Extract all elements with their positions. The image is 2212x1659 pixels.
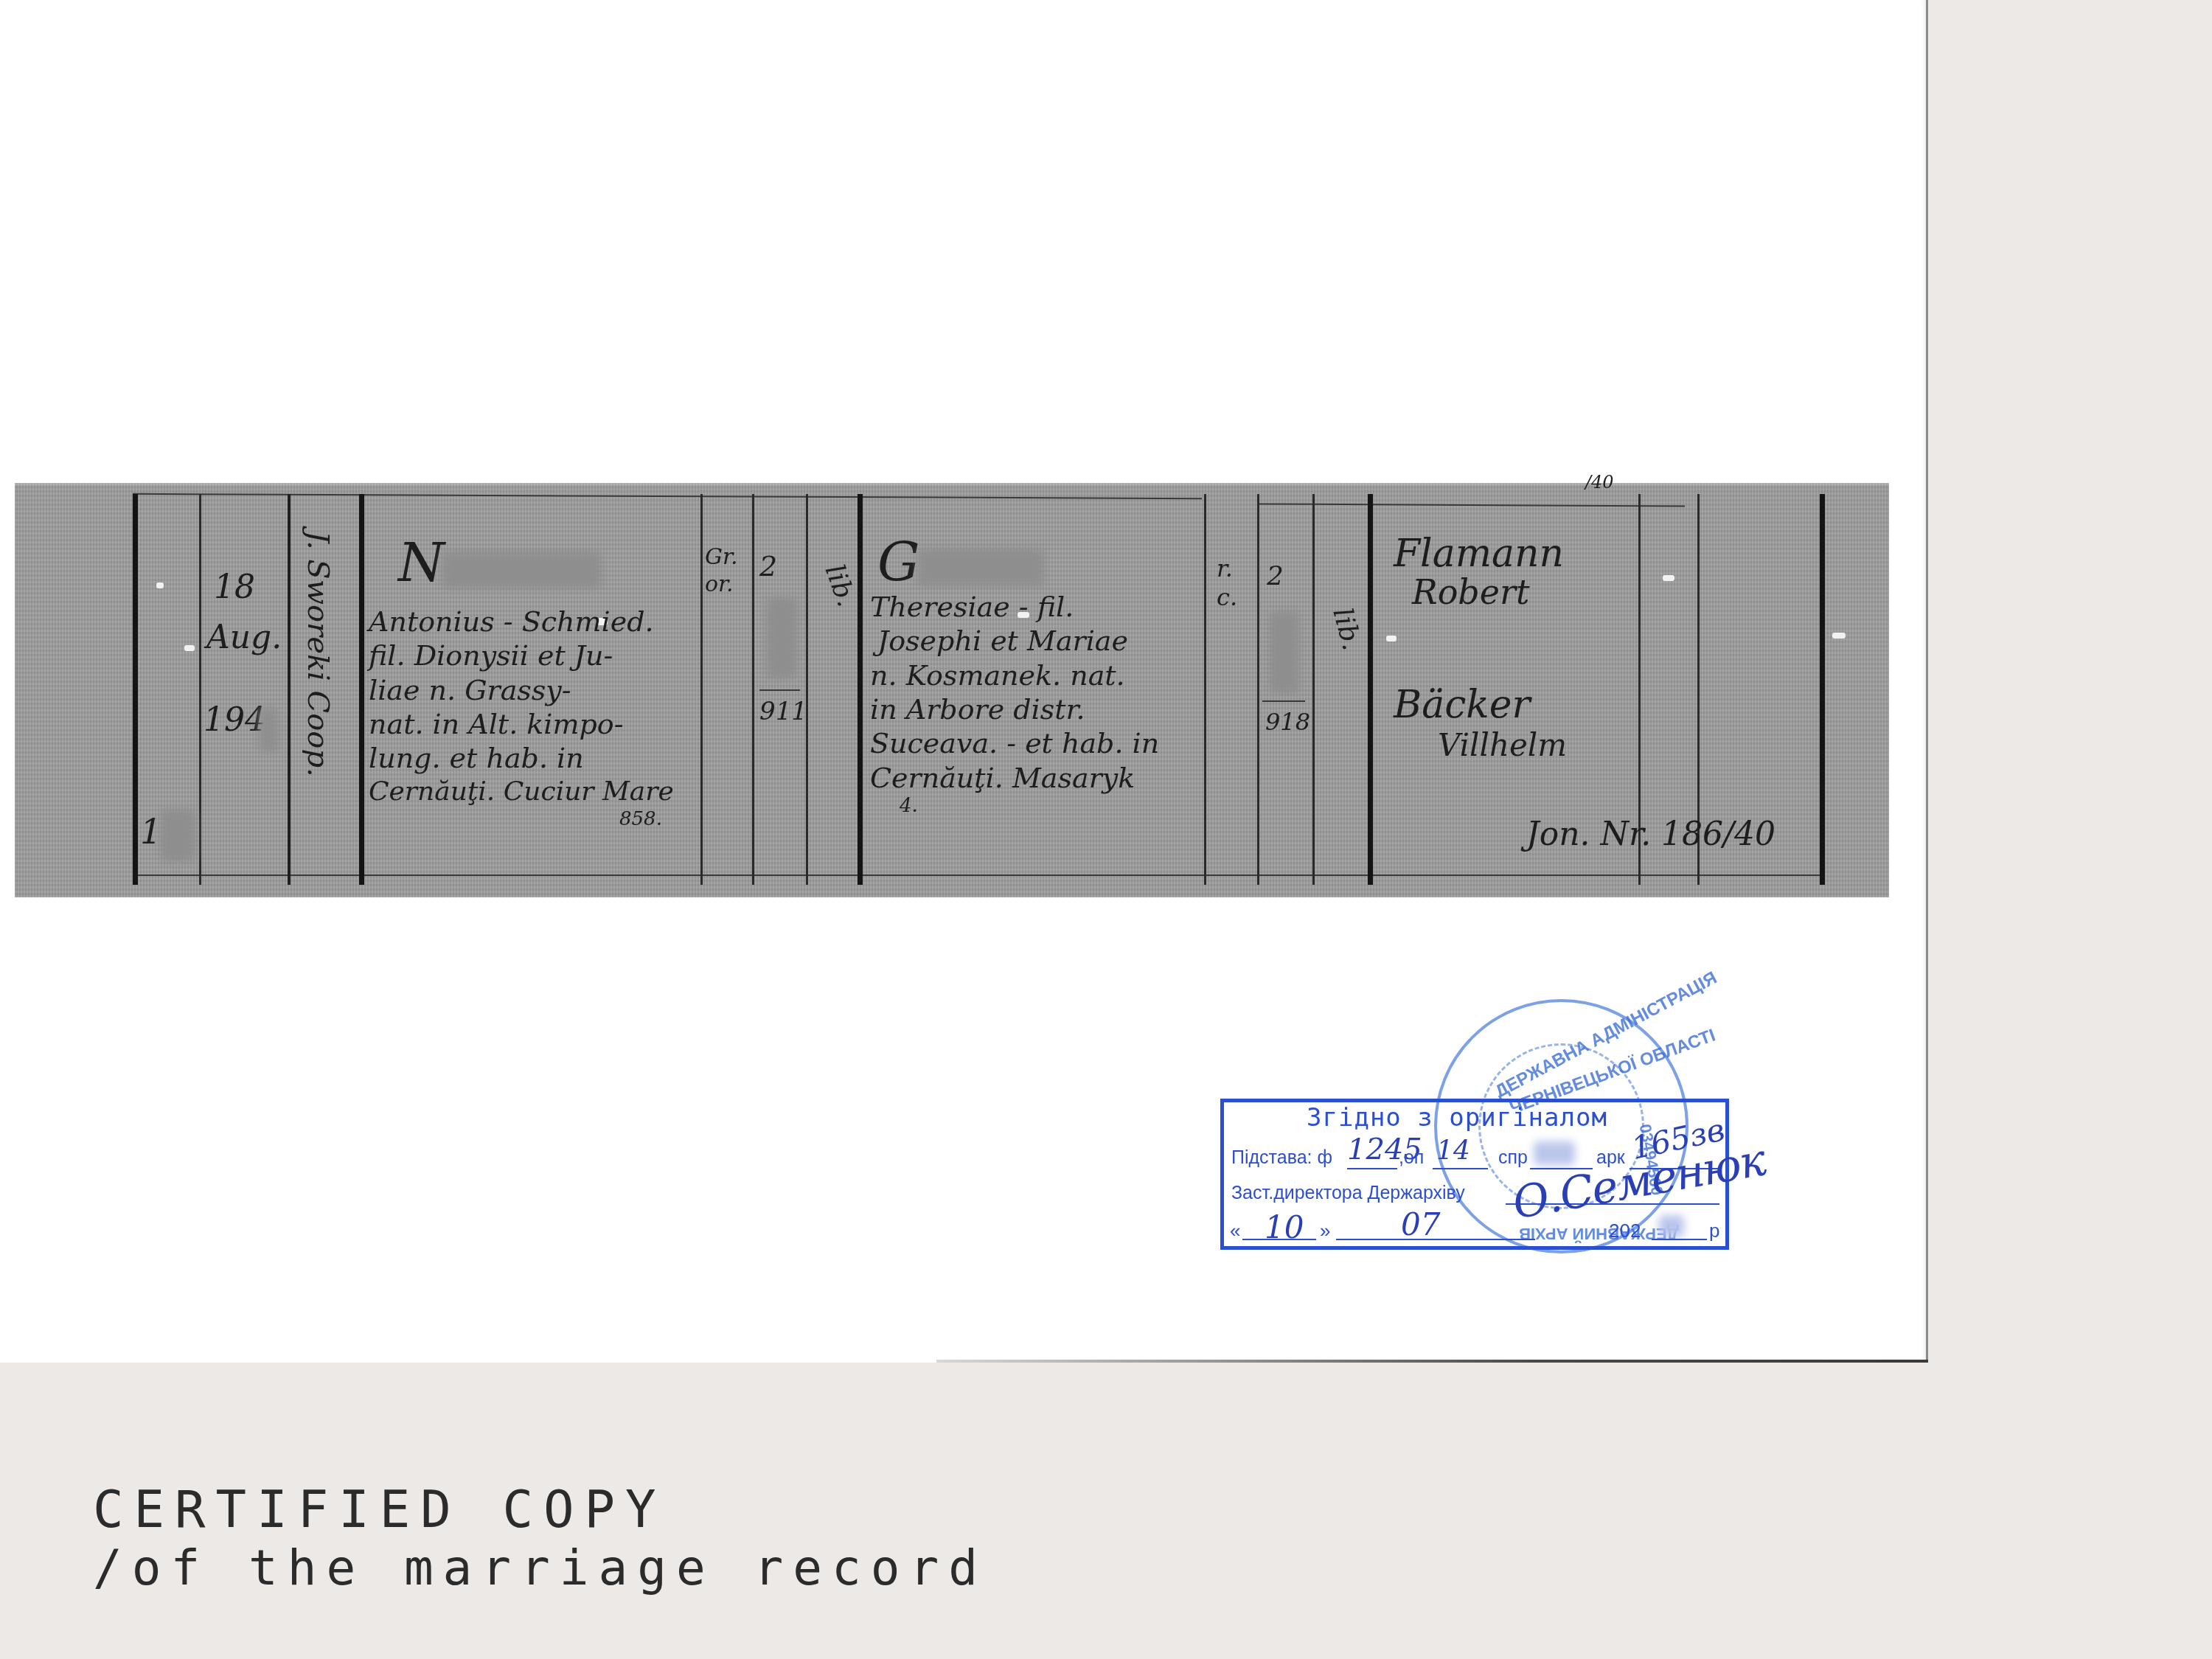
officiant-name: J. Sworeki Coop.: [299, 531, 335, 777]
column-rule: [1312, 494, 1315, 885]
row-bottom-rule: [133, 874, 1821, 876]
redaction-blur: [161, 810, 195, 861]
column-rule: [359, 494, 364, 885]
stamp-sprava-label: спр: [1498, 1147, 1528, 1169]
bride-religion: r. c.: [1217, 554, 1246, 612]
date-day: 18: [214, 568, 255, 608]
column-rule: [288, 494, 291, 885]
scan-speck: [156, 582, 164, 588]
bride-birth-year: 918: [1265, 708, 1310, 737]
stamp-month: 07: [1401, 1206, 1440, 1242]
fraction-bar: [759, 689, 800, 691]
groom-line: lung. et hab. in: [369, 741, 674, 775]
groom-religion: Gr. or.: [705, 544, 749, 598]
column-rule: [1820, 494, 1825, 885]
groom-line: fil. Dionysii et Ju-: [369, 639, 674, 672]
caption-subtitle: /of the marriage record: [93, 1540, 987, 1596]
scan-speck: [1663, 575, 1674, 581]
groom-details: Antonius - Schmied. fil. Dionysii et Ju-…: [369, 605, 674, 831]
date-year: 194: [204, 700, 265, 740]
bride-line: Cernăuţi. Masaryk: [870, 761, 1159, 795]
column-rule: [199, 494, 201, 885]
scan-speck: [1386, 636, 1397, 641]
stamp-date-close: »: [1320, 1220, 1330, 1242]
column-rule: [1368, 494, 1373, 885]
witness-1-given: Robert: [1412, 571, 1529, 613]
bride-line: in Arbore distr.: [870, 692, 1159, 726]
year-underline: [1652, 1239, 1707, 1240]
groom-line: Antonius - Schmied.: [369, 605, 674, 639]
scan-speck: [1832, 633, 1846, 639]
bride-line: n. Kosmanek. nat.: [870, 658, 1159, 692]
stamp-basis-label: Підстава: ф: [1231, 1147, 1332, 1169]
scan-speck: [184, 645, 195, 651]
redaction-blur: [1659, 1215, 1684, 1237]
bride-line: Josephi et Mariae: [877, 624, 1166, 658]
redaction-blur: [1270, 612, 1299, 693]
column-rule: [1204, 494, 1206, 885]
redaction-blur: [767, 597, 796, 678]
redaction-blur: [260, 708, 277, 752]
stamp-signer-label: Заст.директора Держархіву: [1231, 1183, 1465, 1204]
groom-line: liae n. Grassy-: [369, 673, 674, 707]
page-edge-shadow: [936, 1360, 1928, 1363]
column-rule: [133, 494, 138, 885]
witness-2-surname: Bäcker: [1394, 682, 1530, 728]
bride-line: Theresiae - fil.: [870, 590, 1159, 624]
stamp-year-prefix: 202: [1609, 1220, 1641, 1242]
caption-title: CERTIFIED COPY: [93, 1481, 667, 1540]
fond-underline: [1347, 1168, 1397, 1169]
stamp-opys-label: ,оп: [1399, 1147, 1424, 1169]
bride-surname-initial: G: [877, 531, 920, 596]
entry-number: 1: [140, 811, 161, 852]
stamp-title: Згідно з оригіналом: [1307, 1103, 1607, 1133]
note-bottom: Jon. Nr. 186/40: [1526, 815, 1775, 855]
bride-details: Theresiae - fil. Josephi et Mariae n. Ko…: [870, 590, 1159, 818]
opys-underline: [1433, 1168, 1488, 1169]
date-month: Aug.: [206, 618, 282, 658]
redaction-blur: [918, 549, 1043, 586]
groom-line: Cernăuţi. Cuciur Mare: [369, 776, 674, 808]
groom-birth-year: 911: [759, 697, 807, 727]
witness-1-surname: Flamann: [1394, 531, 1564, 577]
fraction-bar: [1262, 700, 1305, 702]
stamp-day: 10: [1265, 1209, 1304, 1245]
note-top: /40: [1585, 472, 1614, 493]
stamp-opys: 14: [1436, 1135, 1470, 1166]
redaction-blur: [1534, 1141, 1575, 1165]
redaction-blur: [442, 552, 601, 588]
groom-line: nat. in Alt. kimpo-: [369, 707, 674, 741]
groom-surname-initial: N: [398, 531, 445, 596]
column-rule: [1257, 494, 1259, 885]
witness-2-given: Villhelm: [1438, 726, 1567, 764]
bride-age: 2: [1267, 560, 1284, 593]
groom-age: 2: [759, 549, 777, 583]
bride-line: Suceava. - et hab. in: [870, 726, 1159, 760]
bride-house-number: 4.: [900, 795, 1189, 818]
stamp-year-suffix: р: [1709, 1220, 1719, 1242]
stamp-date-open: «: [1230, 1220, 1240, 1242]
